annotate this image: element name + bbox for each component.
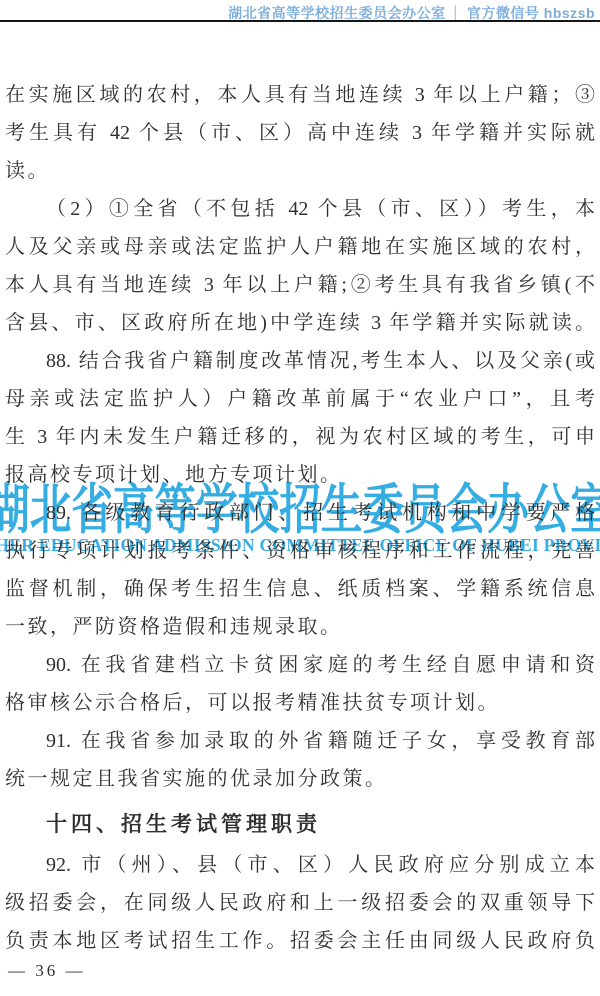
document-line: 统一规定且我省实施的优录加分政策。 <box>5 760 595 798</box>
header-separator: │ <box>452 5 461 21</box>
document-line: 91. 在我省参加录取的外省籍随迁子女，享受教育部 <box>5 722 595 760</box>
document-line: 格审核公示合格后，可以报考精准扶贫专项计划。 <box>5 684 595 722</box>
document-line: 90. 在我省建档立卡贫困家庭的考生经自愿申请和资 <box>5 646 595 684</box>
header-divider-line <box>0 20 600 22</box>
document-line: 在实施区域的农村，本人具有当地连续 3 年以上户籍；③ <box>5 76 595 114</box>
document-line: 生 3 年内未发生户籍迁移的，视为农村区域的考生，可申 <box>5 418 595 456</box>
header-wechat-label: 官方微信号 hbszsb <box>467 5 595 21</box>
document-line: 一致，严防资格造假和违规录取。 <box>5 608 595 646</box>
document-line: 负责本地区考试招生工作。招委会主任由同级人民政府负 <box>5 922 595 960</box>
document-line: 人及父亲或母亲或法定监护人户籍地在实施区域的农村， <box>5 228 595 266</box>
document-line: 89. 各级教育行政部门、招生考试机构和中学要严格 <box>5 494 595 532</box>
document-line: 读。 <box>5 152 595 190</box>
paragraph: 92. 市（州）、县（市、区）人民政府应分别成立本级招委会，在同级人民政府和上一… <box>5 846 595 960</box>
document-line: 监督机制，确保考生招生信息、纸质档案、学籍系统信息 <box>5 570 595 608</box>
paragraph: 在实施区域的农村，本人具有当地连续 3 年以上户籍；③考生具有 42 个县（市、… <box>5 76 595 190</box>
document-line: 含县、市、区政府所在地)中学连续 3 年学籍并实际就读。 <box>5 304 595 342</box>
header-office-name: 湖北省高等学校招生委员会办公室 <box>228 5 446 21</box>
paragraph: 91. 在我省参加录取的外省籍随迁子女，享受教育部统一规定且我省实施的优录加分政… <box>5 722 595 798</box>
document-line: 88. 结合我省户籍制度改革情况,考生本人、以及父亲(或 <box>5 342 595 380</box>
document-line: 报高校专项计划、地方专项计划。 <box>5 456 595 494</box>
document-line: 考生具有 42 个县（市、区）高中连续 3 年学籍并实际就 <box>5 114 595 152</box>
paragraph: 88. 结合我省户籍制度改革情况,考生本人、以及父亲(或母亲或法定监护人）户籍改… <box>5 342 595 494</box>
section-heading: 十四、招生考试管理职责 <box>5 806 595 844</box>
document-line: 本人具有当地连续 3 年以上户籍;②考生具有我省乡镇(不 <box>5 266 595 304</box>
document-line: 92. 市（州）、县（市、区）人民政府应分别成立本 <box>5 846 595 884</box>
page-number: — 36 — <box>8 961 86 981</box>
paragraph: （2）①全省（不包括 42 个县（市、区））考生，本人及父亲或母亲或法定监护人户… <box>5 190 595 342</box>
document-body: 在实施区域的农村，本人具有当地连续 3 年以上户籍；③考生具有 42 个县（市、… <box>5 76 595 960</box>
document-line: （2）①全省（不包括 42 个县（市、区））考生，本 <box>5 190 595 228</box>
paragraph: 90. 在我省建档立卡贫困家庭的考生经自愿申请和资格审核公示合格后，可以报考精准… <box>5 646 595 722</box>
document-line: 母亲或法定监护人）户籍改革前属于“农业户口”，且考 <box>5 380 595 418</box>
document-line: 级招委会，在同级人民政府和上一级招委会的双重领导下 <box>5 884 595 922</box>
document-line: 执行专项计划报考条件、资格审核程序和工作流程，完善 <box>5 532 595 570</box>
section-heading-block: 十四、招生考试管理职责 <box>5 806 595 844</box>
paragraph: 89. 各级教育行政部门、招生考试机构和中学要严格执行专项计划报考条件、资格审核… <box>5 494 595 646</box>
